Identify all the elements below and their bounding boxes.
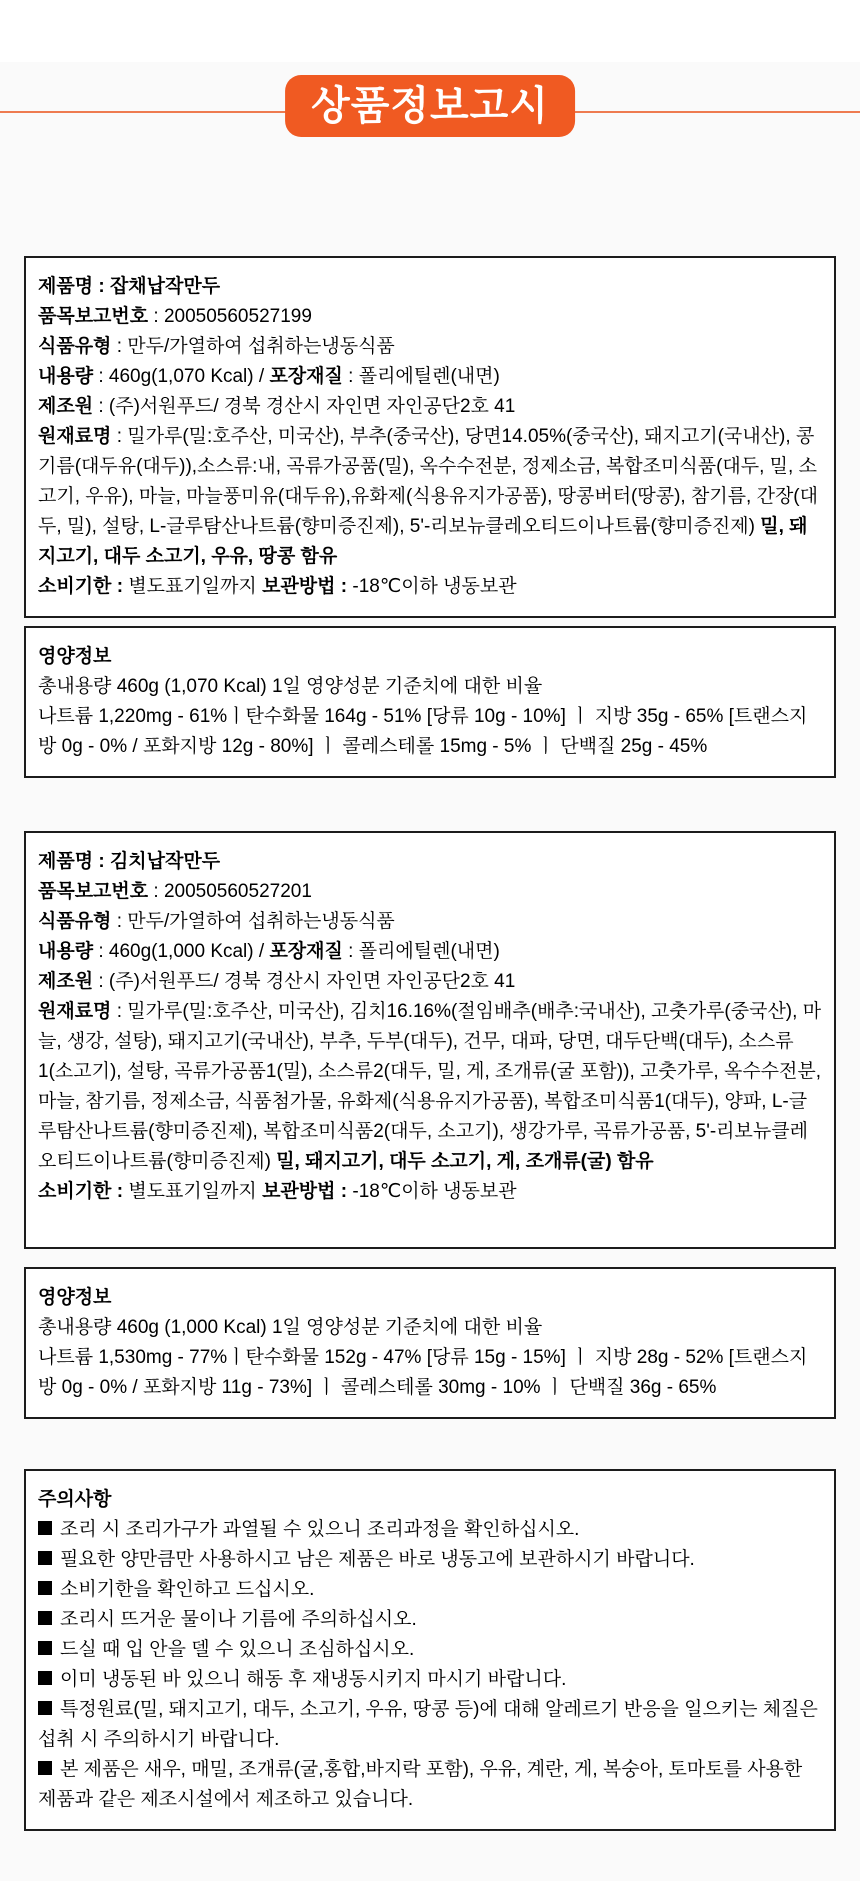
info-value: : 밀가루(밀:호주산, 미국산), 김치16.16%(절임배추(배추:국내산)… (38, 1001, 821, 1172)
nutrition-lines: 총내용량 460g (1,070 Kcal) 1일 영양성분 기준치에 대한 비… (38, 672, 822, 762)
precaution-text: 조리 시 조리가구가 과열될 수 있으니 조리과정을 확인하십시오. (60, 1519, 579, 1540)
precaution-text: 이미 냉동된 바 있으니 해동 후 재냉동시키지 마시기 바랍니다. (60, 1669, 566, 1690)
bullet-square-icon (38, 1641, 52, 1655)
bullet-square-icon (38, 1671, 52, 1685)
info-value: : 폴리에틸렌(내면) (343, 941, 500, 962)
precaution-items: 조리 시 조리가구가 과열될 수 있으니 조리과정을 확인하십시오.필요한 양만… (38, 1515, 822, 1815)
info-label: 제품명 : 김치납작만두 (38, 851, 220, 872)
precaution-item: 필요한 양만큼만 사용하시고 남은 제품은 바로 냉동고에 보관하시기 바랍니다… (38, 1545, 822, 1575)
info-row: 품목보고번호 : 20050560527199 (38, 302, 822, 332)
precaution-text: 소비기한을 확인하고 드십시오. (60, 1579, 314, 1600)
info-value: 별도표기일까지 (128, 1181, 262, 1202)
info-label: 소비기한 : (38, 576, 128, 597)
nutrition-title: 영양정보 (38, 642, 822, 672)
info-value: : (주)서원푸드/ 경북 경산시 자인면 자인공단2호 41 (93, 396, 515, 417)
info-row: 식품유형 : 만두/가열하여 섭취하는냉동식품 (38, 907, 822, 937)
top-white-strip (0, 0, 860, 62)
product-info-page: 상품정보고시 제품명 : 잡채납작만두품목보고번호 : 200505605271… (0, 0, 860, 1881)
page-header: 상품정보고시 (0, 62, 860, 150)
info-value: 별도표기일까지 (128, 576, 262, 597)
info-label: 식품유형 (38, 911, 111, 932)
bullet-square-icon (38, 1761, 52, 1775)
info-label: 밀, 돼지고기, 대두 소고기, 게, 조개류(굴) 함유 (276, 1151, 653, 1172)
bullet-square-icon (38, 1521, 52, 1535)
product-info-box-japchae: 제품명 : 잡채납작만두품목보고번호 : 20050560527199식품유형 … (24, 256, 836, 618)
bullet-square-icon (38, 1611, 52, 1625)
info-row: 제조원 : (주)서원푸드/ 경북 경산시 자인면 자인공단2호 41 (38, 967, 822, 997)
nutrition-line: 총내용량 460g (1,070 Kcal) 1일 영양성분 기준치에 대한 비… (38, 672, 822, 702)
bullet-square-icon (38, 1701, 52, 1715)
info-value: -18℃이하 냉동보관 (352, 576, 516, 597)
nutrition-lines: 총내용량 460g (1,000 Kcal) 1일 영양성분 기준치에 대한 비… (38, 1313, 822, 1403)
info-label: 내용량 (38, 366, 93, 387)
info-label: 내용량 (38, 941, 93, 962)
info-label: 제조원 (38, 396, 93, 417)
info-row: 원재료명 : 밀가루(밀:호주산, 미국산), 부추(중국산), 당면14.05… (38, 422, 822, 572)
info-row: 품목보고번호 : 20050560527201 (38, 877, 822, 907)
precaution-text: 조리시 뜨거운 물이나 기름에 주의하십시오. (60, 1609, 417, 1630)
info-label: 포장재질 (269, 366, 342, 387)
nutrition-line: 나트륨 1,530mg - 77%ㅣ탄수화물 152g - 47% [당류 15… (38, 1343, 822, 1403)
info-label: 원재료명 (38, 1001, 111, 1022)
precaution-text: 필요한 양만큼만 사용하시고 남은 제품은 바로 냉동고에 보관하시기 바랍니다… (60, 1549, 695, 1570)
info-row: 소비기한 : 별도표기일까지 보관방법 : -18℃이하 냉동보관 (38, 1177, 822, 1207)
info-label: 품목보고번호 (38, 306, 148, 327)
precaution-item: 조리 시 조리가구가 과열될 수 있으니 조리과정을 확인하십시오. (38, 1515, 822, 1545)
precaution-item: 특정원료(밀, 돼지고기, 대두, 소고기, 우유, 땅콩 등)에 대해 알레르… (38, 1695, 822, 1755)
precaution-item: 이미 냉동된 바 있으니 해동 후 재냉동시키지 마시기 바랍니다. (38, 1665, 822, 1695)
nutrition-box-japchae: 영양정보 총내용량 460g (1,070 Kcal) 1일 영양성분 기준치에… (24, 626, 836, 778)
info-value: : 20050560527199 (148, 306, 312, 327)
bullet-square-icon (38, 1551, 52, 1565)
bullet-square-icon (38, 1581, 52, 1595)
info-row: 소비기한 : 별도표기일까지 보관방법 : -18℃이하 냉동보관 (38, 572, 822, 602)
precautions-title: 주의사항 (38, 1485, 822, 1515)
info-row: 제품명 : 잡채납작만두 (38, 272, 822, 302)
info-row: 제조원 : (주)서원푸드/ 경북 경산시 자인면 자인공단2호 41 (38, 392, 822, 422)
info-value: : 밀가루(밀:호주산, 미국산), 부추(중국산), 당면14.05%(중국산… (38, 426, 818, 537)
info-value: : (주)서원푸드/ 경북 경산시 자인면 자인공단2호 41 (93, 971, 515, 992)
info-row: 식품유형 : 만두/가열하여 섭취하는냉동식품 (38, 332, 822, 362)
content-area: 제품명 : 잡채납작만두품목보고번호 : 20050560527199식품유형 … (24, 256, 836, 1881)
info-label: 보관방법 : (262, 576, 352, 597)
nutrition-line: 총내용량 460g (1,000 Kcal) 1일 영양성분 기준치에 대한 비… (38, 1313, 822, 1343)
info-value: : 460g(1,000 Kcal) / (93, 941, 269, 962)
nutrition-title: 영양정보 (38, 1283, 822, 1313)
info-label: 제조원 (38, 971, 93, 992)
product-info-box-kimchi: 제품명 : 김치납작만두품목보고번호 : 20050560527201식품유형 … (24, 831, 836, 1249)
info-label: 제품명 : 잡채납작만두 (38, 276, 220, 297)
info-row: 제품명 : 김치납작만두 (38, 847, 822, 877)
info-value: : 20050560527201 (148, 881, 312, 902)
info-value: : 만두/가열하여 섭취하는냉동식품 (111, 336, 394, 357)
nutrition-box-kimchi: 영양정보 총내용량 460g (1,000 Kcal) 1일 영양성분 기준치에… (24, 1267, 836, 1419)
precaution-item: 소비기한을 확인하고 드십시오. (38, 1575, 822, 1605)
info-value: : 폴리에틸렌(내면) (343, 366, 500, 387)
precaution-text: 본 제품은 새우, 매밀, 조개류(굴,홍합,바지락 포함), 우유, 계란, … (38, 1759, 802, 1810)
precaution-item: 드실 때 입 안을 델 수 있으니 조심하십시오. (38, 1635, 822, 1665)
precaution-item: 본 제품은 새우, 매밀, 조개류(굴,홍합,바지락 포함), 우유, 계란, … (38, 1755, 822, 1815)
info-row: 내용량 : 460g(1,070 Kcal) / 포장재질 : 폴리에틸렌(내면… (38, 362, 822, 392)
info-label: 포장재질 (269, 941, 342, 962)
info-label: 품목보고번호 (38, 881, 148, 902)
info-row: 내용량 : 460g(1,000 Kcal) / 포장재질 : 폴리에틸렌(내면… (38, 937, 822, 967)
info-label: 식품유형 (38, 336, 111, 357)
nutrition-line: 나트륨 1,220mg - 61%ㅣ탄수화물 164g - 51% [당류 10… (38, 702, 822, 762)
info-label: 원재료명 (38, 426, 111, 447)
precautions-box: 주의사항 조리 시 조리가구가 과열될 수 있으니 조리과정을 확인하십시오.필… (24, 1469, 836, 1831)
precaution-text: 드실 때 입 안을 델 수 있으니 조심하십시오. (60, 1639, 414, 1660)
info-value: : 만두/가열하여 섭취하는냉동식품 (111, 911, 394, 932)
info-value: -18℃이하 냉동보관 (352, 1181, 516, 1202)
info-value: : 460g(1,070 Kcal) / (93, 366, 269, 387)
precaution-text: 특정원료(밀, 돼지고기, 대두, 소고기, 우유, 땅콩 등)에 대해 알레르… (38, 1699, 818, 1750)
precaution-item: 조리시 뜨거운 물이나 기름에 주의하십시오. (38, 1605, 822, 1635)
info-row: 원재료명 : 밀가루(밀:호주산, 미국산), 김치16.16%(절임배추(배추… (38, 997, 822, 1177)
page-title: 상품정보고시 (285, 75, 575, 137)
info-label: 보관방법 : (262, 1181, 352, 1202)
info-label: 소비기한 : (38, 1181, 128, 1202)
